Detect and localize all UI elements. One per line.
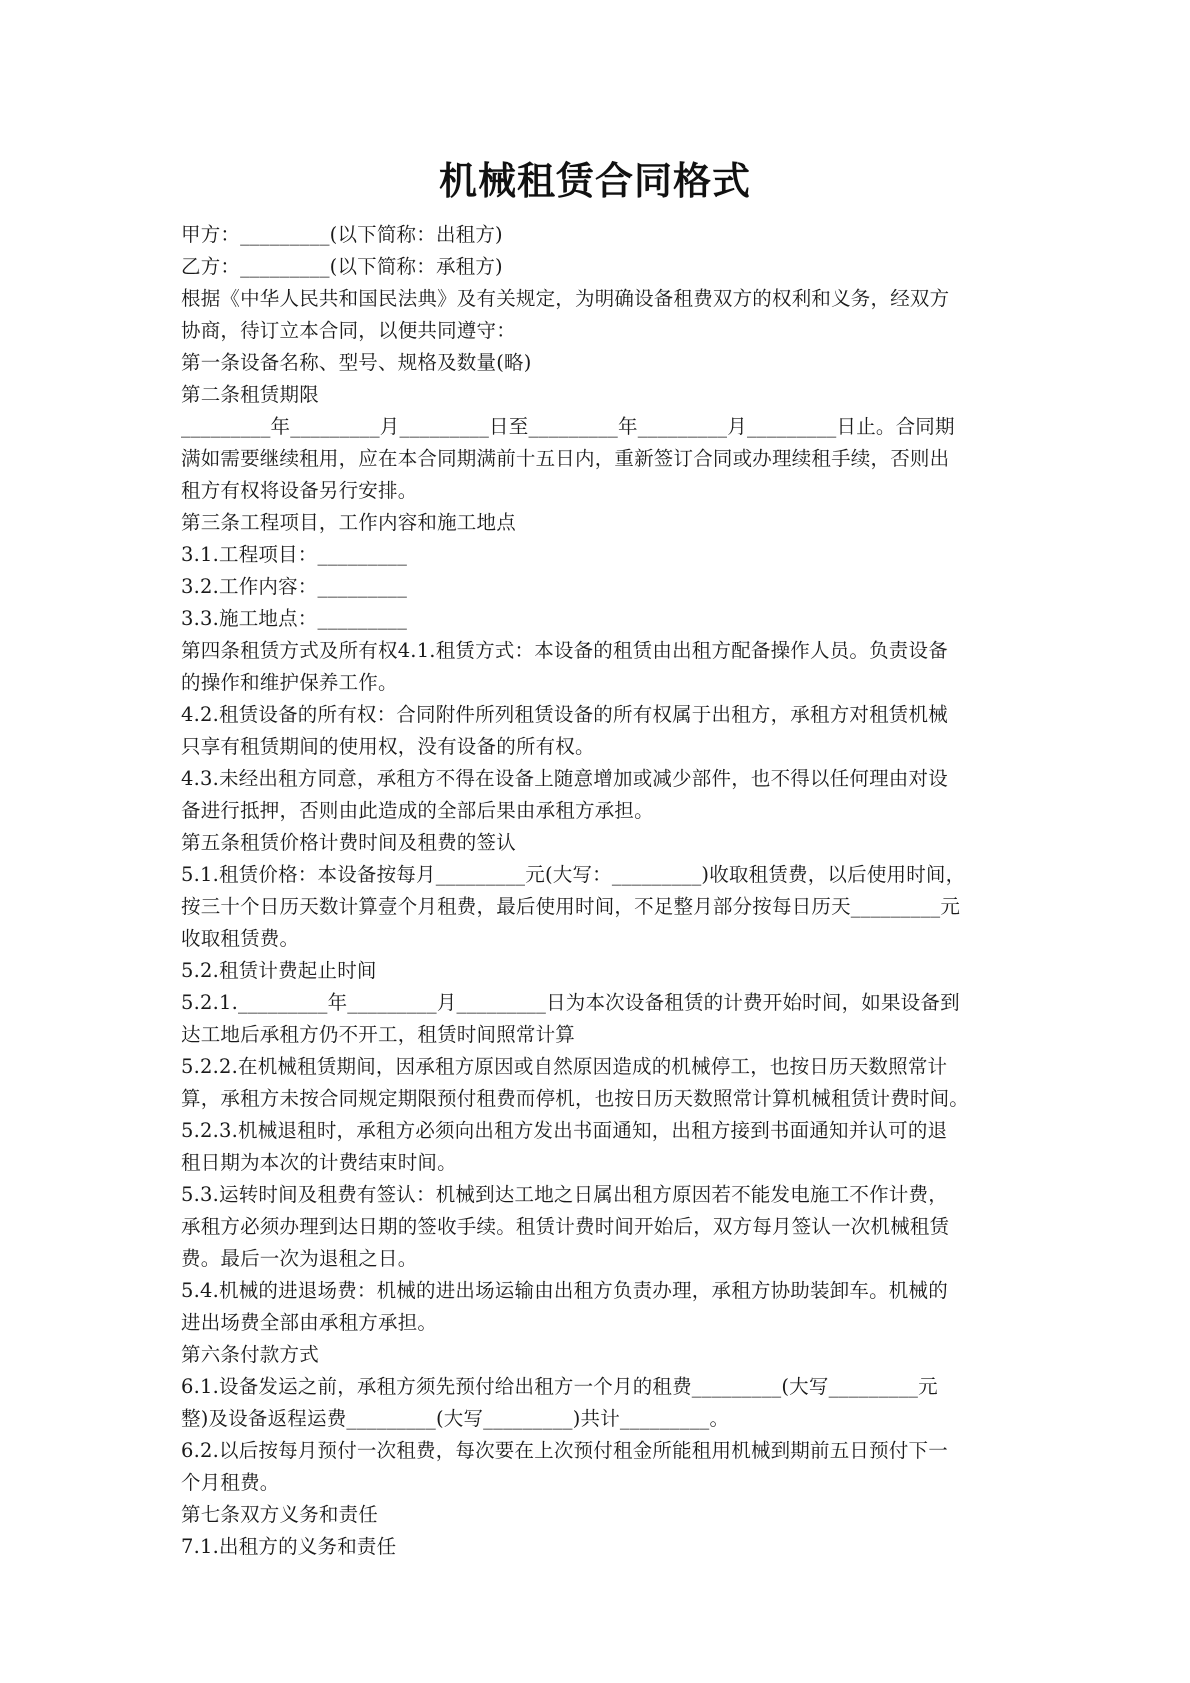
clause-line: 5.2.3.机械退租时，承租方必须向出租方发出书面通知，出租方接到书面通知并认可… [181, 1115, 1011, 1147]
party-b-line: 乙方：_________(以下简称：承租方) [181, 251, 1011, 283]
paragraph-line: 承租方必须办理到达日期的签收手续。租赁计费时间开始后，双方每月签认一次机械租赁 [181, 1211, 1011, 1243]
clause-line: 3.1.工程项目：_________ [181, 539, 1011, 571]
clause-line: 3.3.施工地点：_________ [181, 603, 1011, 635]
clause-line: 3.2.工作内容：_________ [181, 571, 1011, 603]
paragraph-line: 达工地后承租方仍不开工，租赁时间照常计算 [181, 1019, 1011, 1051]
paragraph-line: 备进行抵押，否则由此造成的全部后果由承租方承担。 [181, 795, 1011, 827]
preamble-line: 协商，待订立本合同，以便共同遵守： [181, 315, 1011, 347]
clause-line: 7.1.出租方的义务和责任 [181, 1531, 1011, 1563]
paragraph-line: 整)及设备返程运费_________(大写_________)共计_______… [181, 1403, 1011, 1435]
clause-line: 5.1.租赁价格：本设备按每月_________元(大写：_________)收… [181, 859, 1011, 891]
clause-line: 6.2.以后按每月预付一次租费，每次要在上次预付租金所能租用机械到期前五日预付下… [181, 1435, 1011, 1467]
paragraph-line: 算，承租方未按合同规定期限预付租费而停机，也按日历天数照常计算机械租赁计费时间。 [181, 1083, 1011, 1115]
article-5-heading: 第五条租赁价格计费时间及租费的签认 [181, 827, 1011, 859]
paragraph-line: 收取租赁费。 [181, 923, 1011, 955]
article-2-heading: 第二条租赁期限 [181, 379, 1011, 411]
paragraph-line: 按三十个日历天数计算壹个月租费，最后使用时间，不足整月部分按每日历天______… [181, 891, 1011, 923]
article-6-heading: 第六条付款方式 [181, 1339, 1011, 1371]
paragraph-line: 租日期为本次的计费结束时间。 [181, 1147, 1011, 1179]
preamble-line: 根据《中华人民共和国民法典》及有关规定，为明确设备租费双方的权利和义务，经双方 [181, 283, 1011, 315]
party-a-line: 甲方：_________(以下简称：出租方) [181, 219, 1011, 251]
paragraph-line: _________年_________月_________日至_________… [181, 411, 1011, 443]
article-1-heading: 第一条设备名称、型号、规格及数量(略) [181, 347, 1011, 379]
clause-line: 4.2.租赁设备的所有权：合同附件所列租赁设备的所有权属于出租方，承租方对租赁机… [181, 699, 1011, 731]
article-7-heading: 第七条双方义务和责任 [181, 1499, 1011, 1531]
paragraph-line: 满如需要继续租用，应在本合同期满前十五日内，重新签订合同或办理续租手续，否则出 [181, 443, 1011, 475]
document-title: 机械租赁合同格式 [0, 150, 1190, 205]
paragraph-line: 租方有权将设备另行安排。 [181, 475, 1011, 507]
clause-line: 6.1.设备发运之前，承租方须先预付给出租方一个月的租费_________(大写… [181, 1371, 1011, 1403]
clause-line: 5.4.机械的进退场费：机械的进出场运输由出租方负责办理，承租方协助装卸车。机械… [181, 1275, 1011, 1307]
article-3-heading: 第三条工程项目，工作内容和施工地点 [181, 507, 1011, 539]
paragraph-line: 进出场费全部由承租方承担。 [181, 1307, 1011, 1339]
document-body: 甲方：_________(以下简称：出租方) 乙方：_________(以下简称… [181, 219, 1011, 1563]
clause-line: 4.3.未经出租方同意，承租方不得在设备上随意增加或减少部件，也不得以任何理由对… [181, 763, 1011, 795]
paragraph-line: 费。最后一次为退租之日。 [181, 1243, 1011, 1275]
clause-line: 5.3.运转时间及租费有签认：机械到达工地之日属出租方原因若不能发电施工不作计费… [181, 1179, 1011, 1211]
article-4-heading: 第四条租赁方式及所有权4.1.租赁方式：本设备的租赁由出租方配备操作人员。负责设… [181, 635, 1011, 667]
clause-line: 5.2.1._________年_________月_________日为本次设… [181, 987, 1011, 1019]
clause-line: 5.2.租赁计费起止时间 [181, 955, 1011, 987]
paragraph-line: 个月租费。 [181, 1467, 1011, 1499]
paragraph-line: 只享有租赁期间的使用权，没有设备的所有权。 [181, 731, 1011, 763]
paragraph-line: 的操作和维护保养工作。 [181, 667, 1011, 699]
clause-line: 5.2.2.在机械租赁期间，因承租方原因或自然原因造成的机械停工，也按日历天数照… [181, 1051, 1011, 1083]
document-page: 机械租赁合同格式 甲方：_________(以下简称：出租方) 乙方：_____… [0, 0, 1190, 1683]
